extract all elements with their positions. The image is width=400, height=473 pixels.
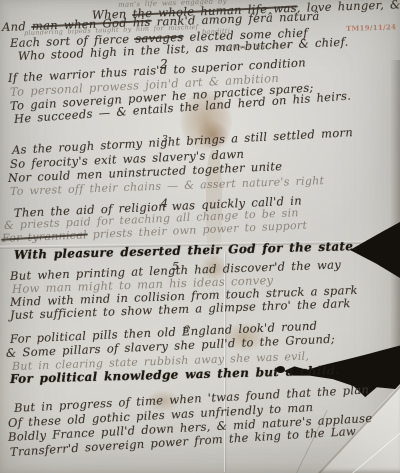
- manuscript-text: man's life was engaged byWhen the whole …: [0, 0, 400, 473]
- manuscript-photo: TM19/11/24 man's life was engaged byWhen…: [0, 0, 400, 473]
- struck-text: For tyrannical: [2, 228, 87, 245]
